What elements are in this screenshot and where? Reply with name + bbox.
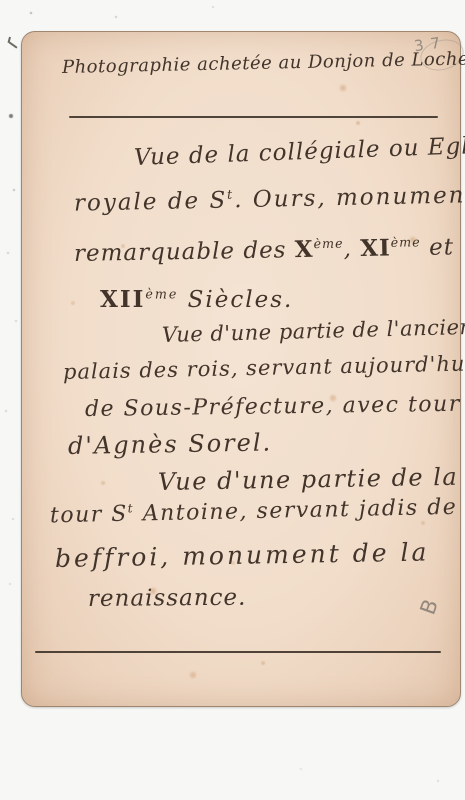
line-vue-ancien: Vue d'une partie de l'ancien — [162, 317, 465, 346]
scanned-photo-background: 37 Photographie achetée au Donjon de Loc… — [0, 0, 465, 800]
line-vue-partie-de-la: Vue d'une partie de la — [158, 465, 459, 494]
divider-rule-top — [69, 116, 438, 118]
ink-smudge-mark — [8, 41, 17, 48]
header-inscription: Photographie achetée au Donjon de Loches… — [62, 50, 465, 77]
roman-numeral: XII — [100, 286, 145, 313]
line-sous-prefecture: de Sous-Préfecture, avec tour — [85, 394, 461, 421]
line-renaissance: renaissance. — [88, 587, 247, 611]
line-douzieme-siecles: XIIème Siècles. — [100, 288, 293, 312]
line-collegiale: Vue de la collégiale ou Eglise — [134, 134, 465, 170]
superscript-text: ème — [313, 236, 343, 252]
line-remarquable-siecles: remarquable des Xème, XIème et — [74, 235, 454, 266]
roman-numeral: X — [295, 236, 314, 263]
line-text: Siècles. — [178, 287, 293, 313]
line-text: tour S — [50, 502, 128, 529]
line-text: royale de S — [74, 187, 228, 216]
line-text: , — [343, 236, 360, 262]
line-text: Antoine, servant jadis de — [134, 495, 458, 527]
line-agnes-sorel: d'Agnès Sorel. — [68, 430, 273, 458]
pencil-letter-annotation: B — [415, 596, 442, 618]
line-text: remarquable des — [74, 237, 295, 267]
line-royale-st-ours: royale de St. Ours, monument — [74, 184, 465, 216]
foxing-spots — [22, 32, 26, 36]
roman-numeral: XI — [360, 234, 391, 262]
superscript-text: ème — [145, 286, 178, 301]
line-beffroi: beffroi, monument de la — [55, 539, 430, 571]
line-text: . Ours, monument — [234, 182, 465, 213]
superscript-text: ème — [391, 234, 421, 250]
line-tour-st-antoine: tour St Antoine, servant jadis de — [50, 495, 458, 527]
line-text: et — [421, 234, 455, 261]
divider-rule-bottom — [35, 651, 441, 653]
line-palais-des-rois: palais des rois, servant aujourd'hui — [63, 353, 465, 383]
dust-specks — [0, 0, 2, 2]
photograph-card-back: 37 Photographie achetée au Donjon de Loc… — [21, 31, 461, 707]
